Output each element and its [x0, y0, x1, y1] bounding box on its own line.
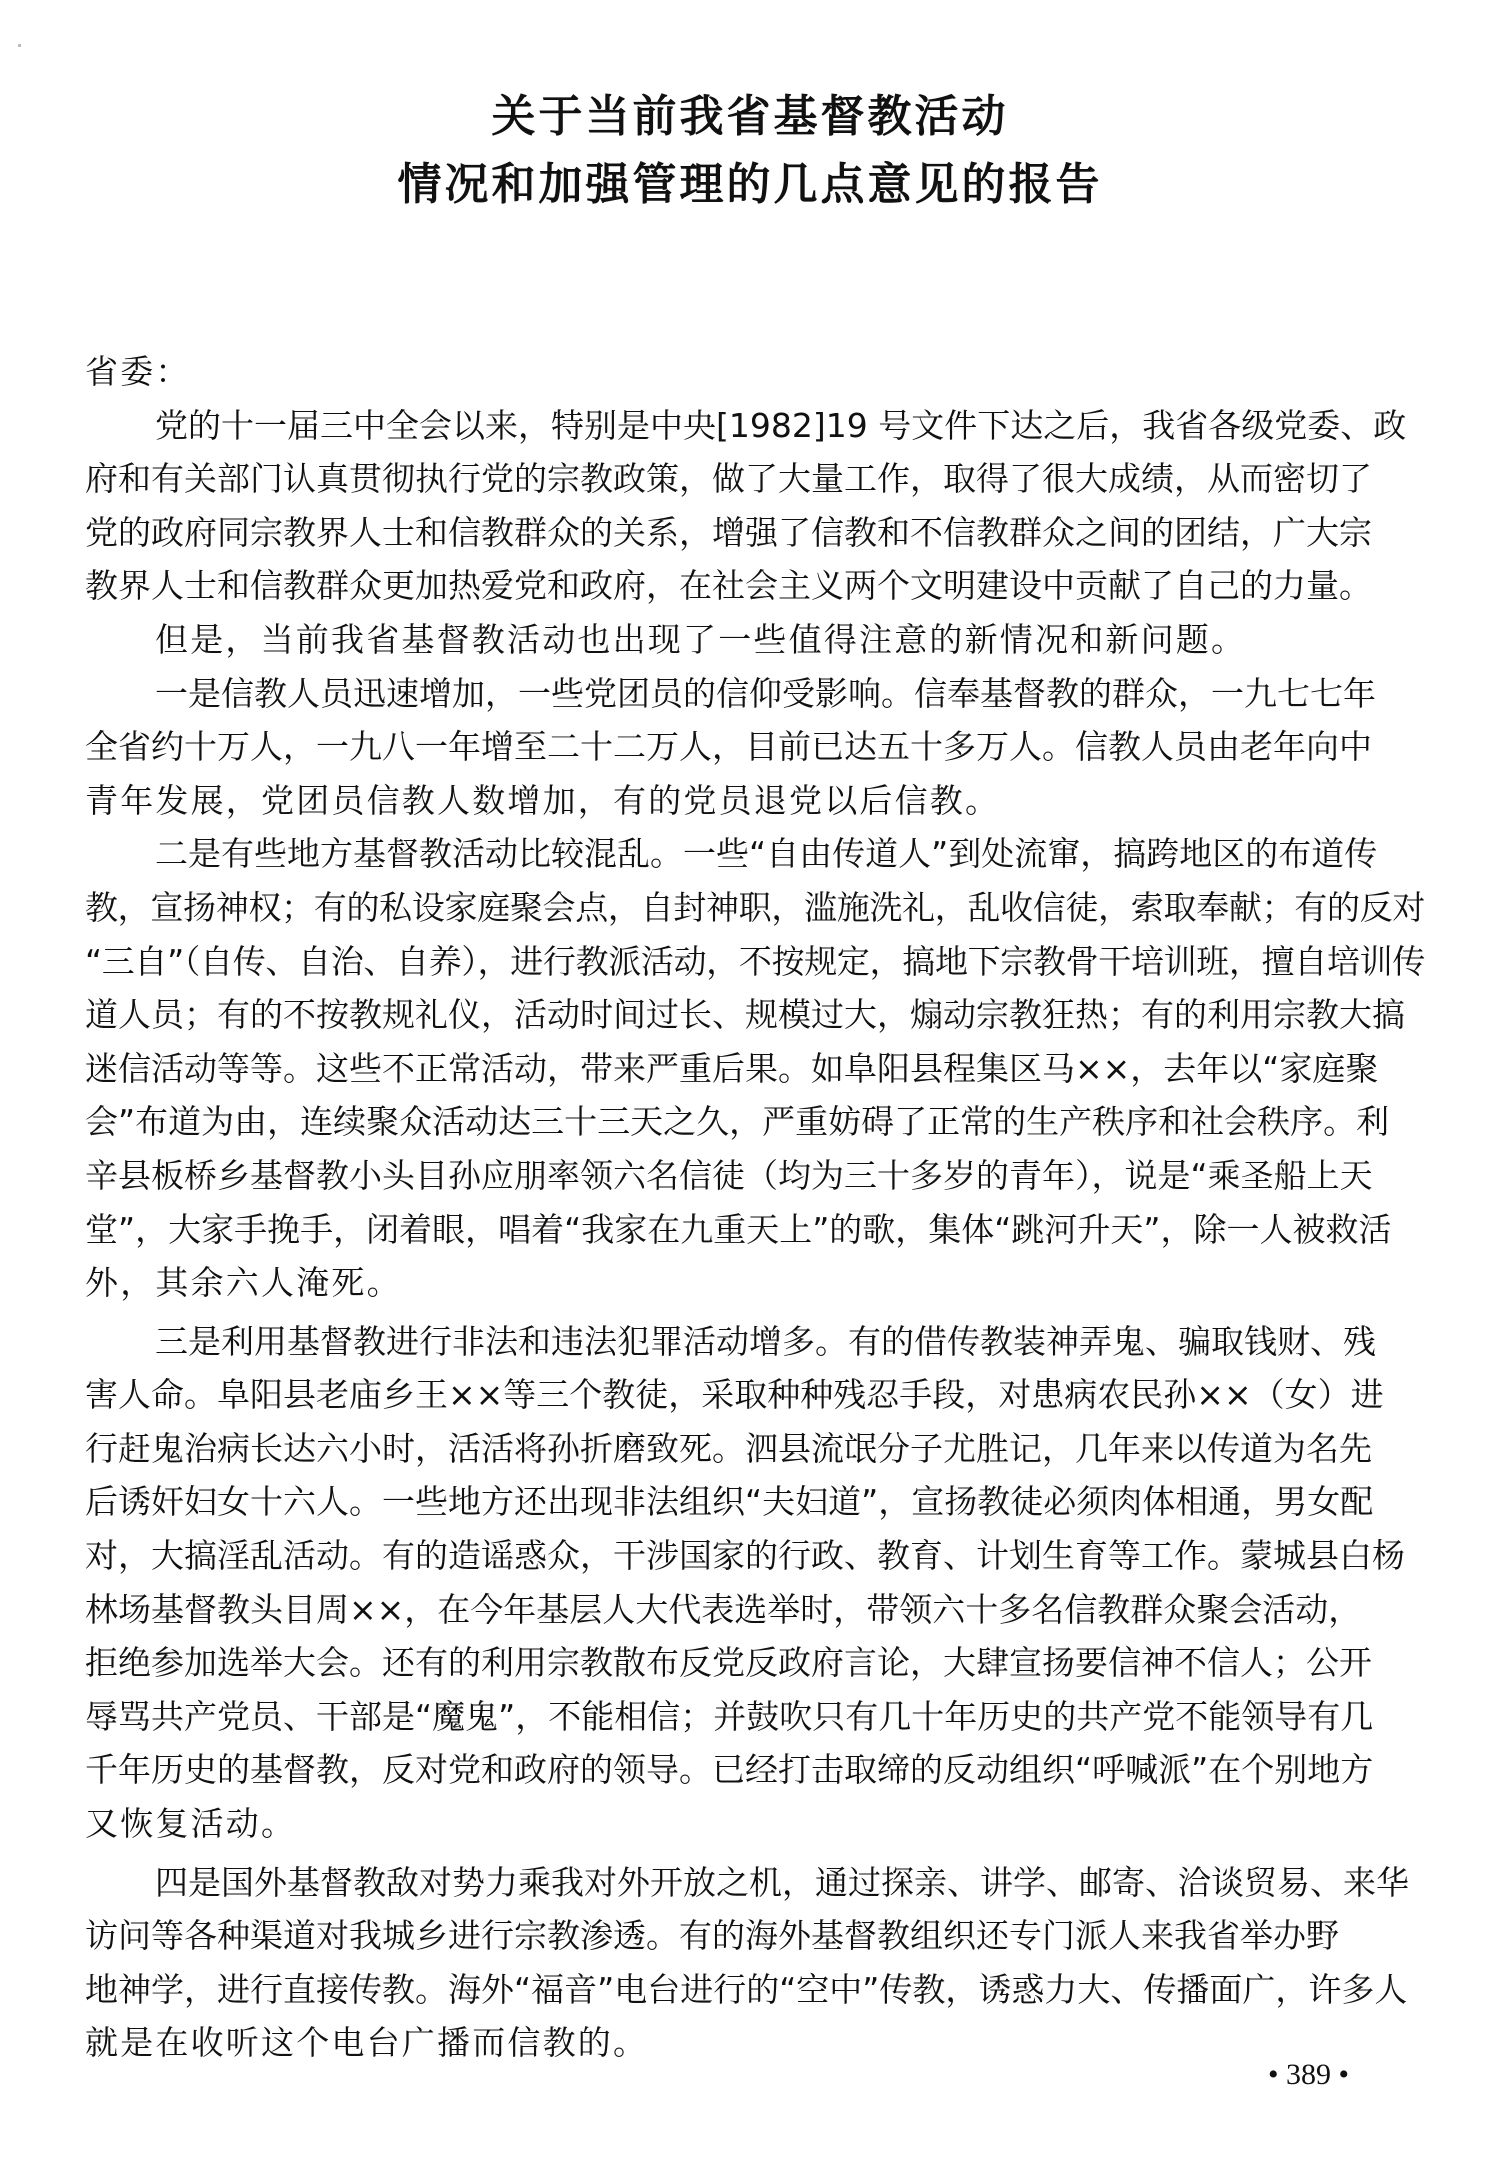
- paragraph-3: 一是信教人员迅速增加，一些党团员的信仰受影响。信奉基督教的群众，一九七七年 全省…: [85, 667, 1425, 828]
- text-line: 四是国外基督教敌对势力乘我对外开放之机，通过探亲、讲学、邮寄、洽谈贸易、来华: [85, 1856, 1425, 1910]
- text-line: 后诱奸妇女十六人。一些地方还出现非法组织“夫妇道”，宣扬教徒必须肉体相通，男女配: [85, 1475, 1425, 1529]
- text-line: 教，宣扬神权；有的私设家庭聚会点，自封神职，滥施洗礼，乱收信徒，索取奉献；有的反…: [85, 881, 1425, 935]
- scan-speck: [18, 44, 21, 47]
- text-line: 行赶鬼治病长达六小时，活活将孙折磨致死。泗县流氓分子尤胜记，几年来以传道为名先: [85, 1422, 1425, 1476]
- text-line: 林场基督教头目周××，在今年基层人大代表选举时，带领六十多名信教群众聚会活动，: [85, 1583, 1425, 1637]
- text-line: 会”布道为由，连续聚众活动达三十三天之久，严重妨碍了正常的生产秩序和社会秩序。利: [85, 1095, 1425, 1149]
- text-line: 党的政府同宗教界人士和信教群众的关系，增强了信教和不信教群众之间的团结，广大宗: [85, 506, 1425, 560]
- text-line: 党的十一届三中全会以来，特别是中央[1982]19 号文件下达之后，我省各级党委…: [85, 399, 1425, 453]
- text-line: 访问等各种渠道对我城乡进行宗教渗透。有的海外基督教组织还专门派人来我省举办野: [85, 1909, 1425, 1963]
- text-line: 地神学，进行直接传教。海外“福音”电台进行的“空中”传教，诱惑力大、传播面广，许…: [85, 1963, 1425, 2017]
- text-line: 辱骂共产党员、干部是“魔鬼”，不能相信；并鼓吹只有几十年历史的共产党不能领导有几: [85, 1690, 1425, 1744]
- text-line: 但是，当前我省基督教活动也出现了一些值得注意的新情况和新问题。: [85, 613, 1425, 667]
- paragraph-6: 四是国外基督教敌对势力乘我对外开放之机，通过探亲、讲学、邮寄、洽谈贸易、来华 访…: [85, 1856, 1425, 2070]
- salutation: 省委：: [85, 345, 1425, 399]
- text-line: 害人命。阜阳县老庙乡王××等三个教徒，采取种种残忍手段，对患病农民孙××（女）进: [85, 1368, 1425, 1422]
- page-number: • 389 •: [1268, 2058, 1349, 2092]
- text-line: 道人员；有的不按教规礼仪，活动时间过长、规模过大，煽动宗教狂热；有的利用宗教大搞: [85, 988, 1425, 1042]
- text-line: 外，其余六人淹死。: [85, 1256, 1425, 1310]
- text-line: 一是信教人员迅速增加，一些党团员的信仰受影响。信奉基督教的群众，一九七七年: [85, 667, 1425, 721]
- text-line: 千年历史的基督教，反对党和政府的领导。已经打击取缔的反动组织“呼喊派”在个别地方: [85, 1743, 1425, 1797]
- text-line: 又恢复活动。: [85, 1797, 1425, 1851]
- text-line: 教界人士和信教群众更加热爱党和政府，在社会主义两个文明建设中贡献了自己的力量。: [85, 559, 1425, 613]
- text-line: 二是有些地方基督教活动比较混乱。一些“自由传道人”到处流窜，搞跨地区的布道传: [85, 827, 1425, 881]
- document-title-line-1: 关于当前我省基督教活动: [0, 92, 1500, 142]
- text-line: 全省约十万人，一九八一年增至二十二万人，目前已达五十多万人。信教人员由老年向中: [85, 720, 1425, 774]
- text-line: 迷信活动等等。这些不正常活动，带来严重后果。如阜阳县程集区马××，去年以“家庭聚: [85, 1042, 1425, 1096]
- text-line: 府和有关部门认真贯彻执行党的宗教政策，做了大量工作，取得了很大成绩，从而密切了: [85, 452, 1425, 506]
- text-line: 就是在收听这个电台广播而信教的。: [85, 2016, 1425, 2070]
- document-title-line-2: 情况和加强管理的几点意见的报告: [0, 160, 1500, 210]
- text-line: 对，大搞淫乱活动。有的造谣惑众，干涉国家的行政、教育、计划生育等工作。蒙城县白杨: [85, 1529, 1425, 1583]
- text-line: 堂”，大家手挽手，闭着眼，唱着“我家在九重天上”的歌，集体“跳河升天”，除一人被…: [85, 1203, 1425, 1257]
- paragraph-1: 党的十一届三中全会以来，特别是中央[1982]19 号文件下达之后，我省各级党委…: [85, 399, 1425, 613]
- text-line: 辛县板桥乡基督教小头目孙应朋率领六名信徒（均为三十多岁的青年），说是“乘圣船上天: [85, 1149, 1425, 1203]
- text-line: 拒绝参加选举大会。还有的利用宗教散布反党反政府言论，大肆宣扬要信神不信人；公开: [85, 1636, 1425, 1690]
- paragraph-2: 但是，当前我省基督教活动也出现了一些值得注意的新情况和新问题。: [85, 613, 1425, 667]
- paragraph-5: 三是利用基督教进行非法和违法犯罪活动增多。有的借传教装神弄鬼、骗取钱财、残 害人…: [85, 1315, 1425, 1851]
- document-body: 省委： 党的十一届三中全会以来，特别是中央[1982]19 号文件下达之后，我省…: [85, 345, 1425, 2070]
- text-line: “三自”（自传、自治、自养），进行教派活动，不按规定，搞地下宗教骨干培训班，擅自…: [85, 935, 1425, 989]
- text-line: 青年发展，党团员信教人数增加，有的党员退党以后信教。: [85, 774, 1425, 828]
- text-line: 三是利用基督教进行非法和违法犯罪活动增多。有的借传教装神弄鬼、骗取钱财、残: [85, 1315, 1425, 1369]
- document-page: 关于当前我省基督教活动 情况和加强管理的几点意见的报告 省委： 党的十一届三中全…: [0, 0, 1500, 2170]
- paragraph-4: 二是有些地方基督教活动比较混乱。一些“自由传道人”到处流窜，搞跨地区的布道传 教…: [85, 827, 1425, 1309]
